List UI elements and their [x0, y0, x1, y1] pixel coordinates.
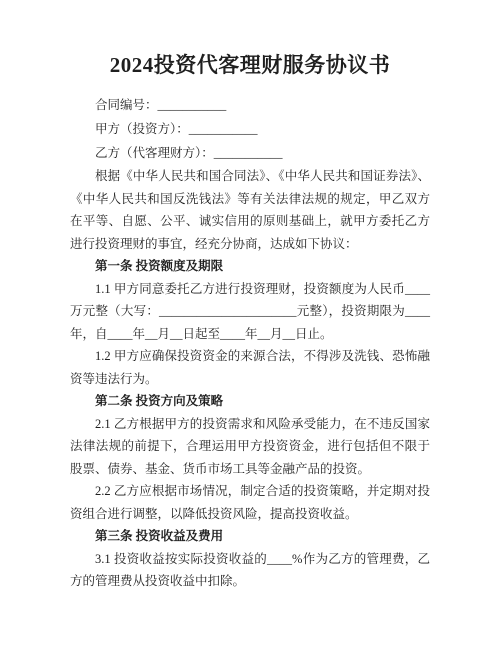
- clause-2-2: 2.2 乙方应根据市场情况，制定合适的投资策略，并定期对投资组合进行调整，以降低…: [70, 480, 430, 525]
- section-1-heading: 第一条 投资额度及期限: [70, 255, 430, 278]
- contract-document-page: 2024投资代客理财服务协议书 合同编号：___________ 甲方（投资方）…: [0, 0, 500, 647]
- party-b-blank: ___________: [214, 146, 283, 160]
- section-3-heading: 第三条 投资收益及费用: [70, 525, 430, 548]
- party-a-label: 甲方（投资方）：: [95, 122, 189, 136]
- clause-3-1: 3.1 投资收益按实际投资收益的____%作为乙方的管理费，乙方的管理费从投资收…: [70, 548, 430, 593]
- contract-number-blank: ___________: [158, 98, 227, 112]
- section-2-heading: 第二条 投资方向及策略: [70, 390, 430, 413]
- contract-number-label: 合同编号：: [95, 98, 158, 112]
- party-b-label: 乙方（代客理财方）：: [95, 146, 214, 160]
- document-title: 2024投资代客理财服务协议书: [70, 52, 430, 79]
- party-a-blank: ___________: [189, 122, 258, 136]
- clause-1-1: 1.1 甲方同意委托乙方进行投资理财，投资额度为人民币____万元整（大写：__…: [70, 278, 430, 346]
- clause-1-2: 1.2 甲方应确保投资资金的来源合法，不得涉及洗钱、恐怖融资等违法行为。: [70, 345, 430, 390]
- party-b-field: 乙方（代客理财方）：___________: [95, 141, 430, 165]
- preamble-paragraph: 根据《中华人民共和国合同法》、《中华人民共和国证券法》、《中华人民共和国反洗钱法…: [70, 165, 430, 255]
- clause-2-1: 2.1 乙方根据甲方的投资需求和风险承受能力，在不违反国家法律法规的前提下，合理…: [70, 413, 430, 481]
- party-a-field: 甲方（投资方）：___________: [95, 117, 430, 141]
- header-fields: 合同编号：___________ 甲方（投资方）：___________ 乙方（…: [95, 93, 430, 165]
- contract-number-field: 合同编号：___________: [95, 93, 430, 117]
